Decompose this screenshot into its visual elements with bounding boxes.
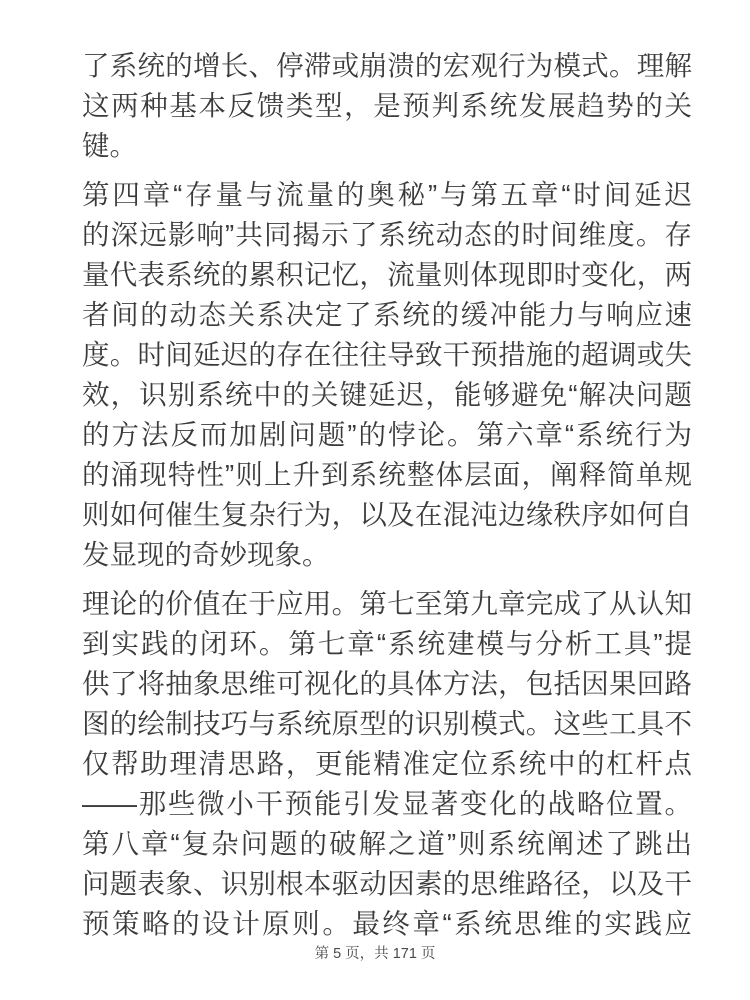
paragraph: 第四章“存量与流量的奥秘”与第五章“时间延迟的深远影响”共同揭示了系统动态的时间… [82, 175, 692, 575]
text-line: 到实践的闭环。第七章“系统建模与分析工具”提 [82, 624, 692, 664]
text-line: 的涌现特性”则上升到系统整体层面，阐释简单规 [82, 455, 692, 495]
text-line: 发显现的奇妙现象。 [82, 535, 692, 575]
text-line: 图的绘制技巧与系统原型的识别模式。这些工具不 [82, 704, 692, 744]
text-line: 的方法反而加剧问题”的悖论。第六章“系统行为 [82, 415, 692, 455]
page-number-footer: 第 5 页，共 171 页 [0, 944, 750, 964]
text-line: 供了将抽象思维可视化的具体方法，包括因果回路 [82, 664, 692, 704]
text-line: 第八章“复杂问题的破解之道”则系统阐述了跳出 [82, 824, 692, 864]
text-line: 理论的价值在于应用。第七至第九章完成了从认知 [82, 584, 692, 624]
text-line: 键。 [82, 126, 692, 166]
text-line: 这两种基本反馈类型，是预判系统发展趋势的关 [82, 86, 692, 126]
paragraph: 理论的价值在于应用。第七至第九章完成了从认知到实践的闭环。第七章“系统建模与分析… [82, 584, 692, 944]
text-line: 则如何催生复杂行为，以及在混沌边缘秩序如何自 [82, 495, 692, 535]
text-line: 预策略的设计原则。最终章“系统思维的实践应 [82, 904, 692, 944]
document-body: 了系统的增长、停滞或崩溃的宏观行为模式。理解这两种基本反馈类型，是预判系统发展趋… [82, 46, 692, 944]
text-line: ——那些微小干预能引发显著变化的战略位置。 [82, 784, 692, 824]
document-page: 了系统的增长、停滞或崩溃的宏观行为模式。理解这两种基本反馈类型，是预判系统发展趋… [0, 0, 750, 1000]
text-line: 第四章“存量与流量的奥秘”与第五章“时间延迟 [82, 175, 692, 215]
text-line: 的深远影响”共同揭示了系统动态的时间维度。存 [82, 215, 692, 255]
text-line: 效，识别系统中的关键延迟，能够避免“解决问题 [82, 375, 692, 415]
text-line: 问题表象、识别根本驱动因素的思维路径，以及干 [82, 864, 692, 904]
paragraph: 了系统的增长、停滞或崩溃的宏观行为模式。理解这两种基本反馈类型，是预判系统发展趋… [82, 46, 692, 166]
text-line: 者间的动态关系决定了系统的缓冲能力与响应速 [82, 295, 692, 335]
text-line: 仅帮助理清思路，更能精准定位系统中的杠杆点 [82, 744, 692, 784]
text-line: 度。时间延迟的存在往往导致干预措施的超调或失 [82, 335, 692, 375]
text-line: 了系统的增长、停滞或崩溃的宏观行为模式。理解 [82, 46, 692, 86]
text-line: 量代表系统的累积记忆，流量则体现即时变化，两 [82, 255, 692, 295]
